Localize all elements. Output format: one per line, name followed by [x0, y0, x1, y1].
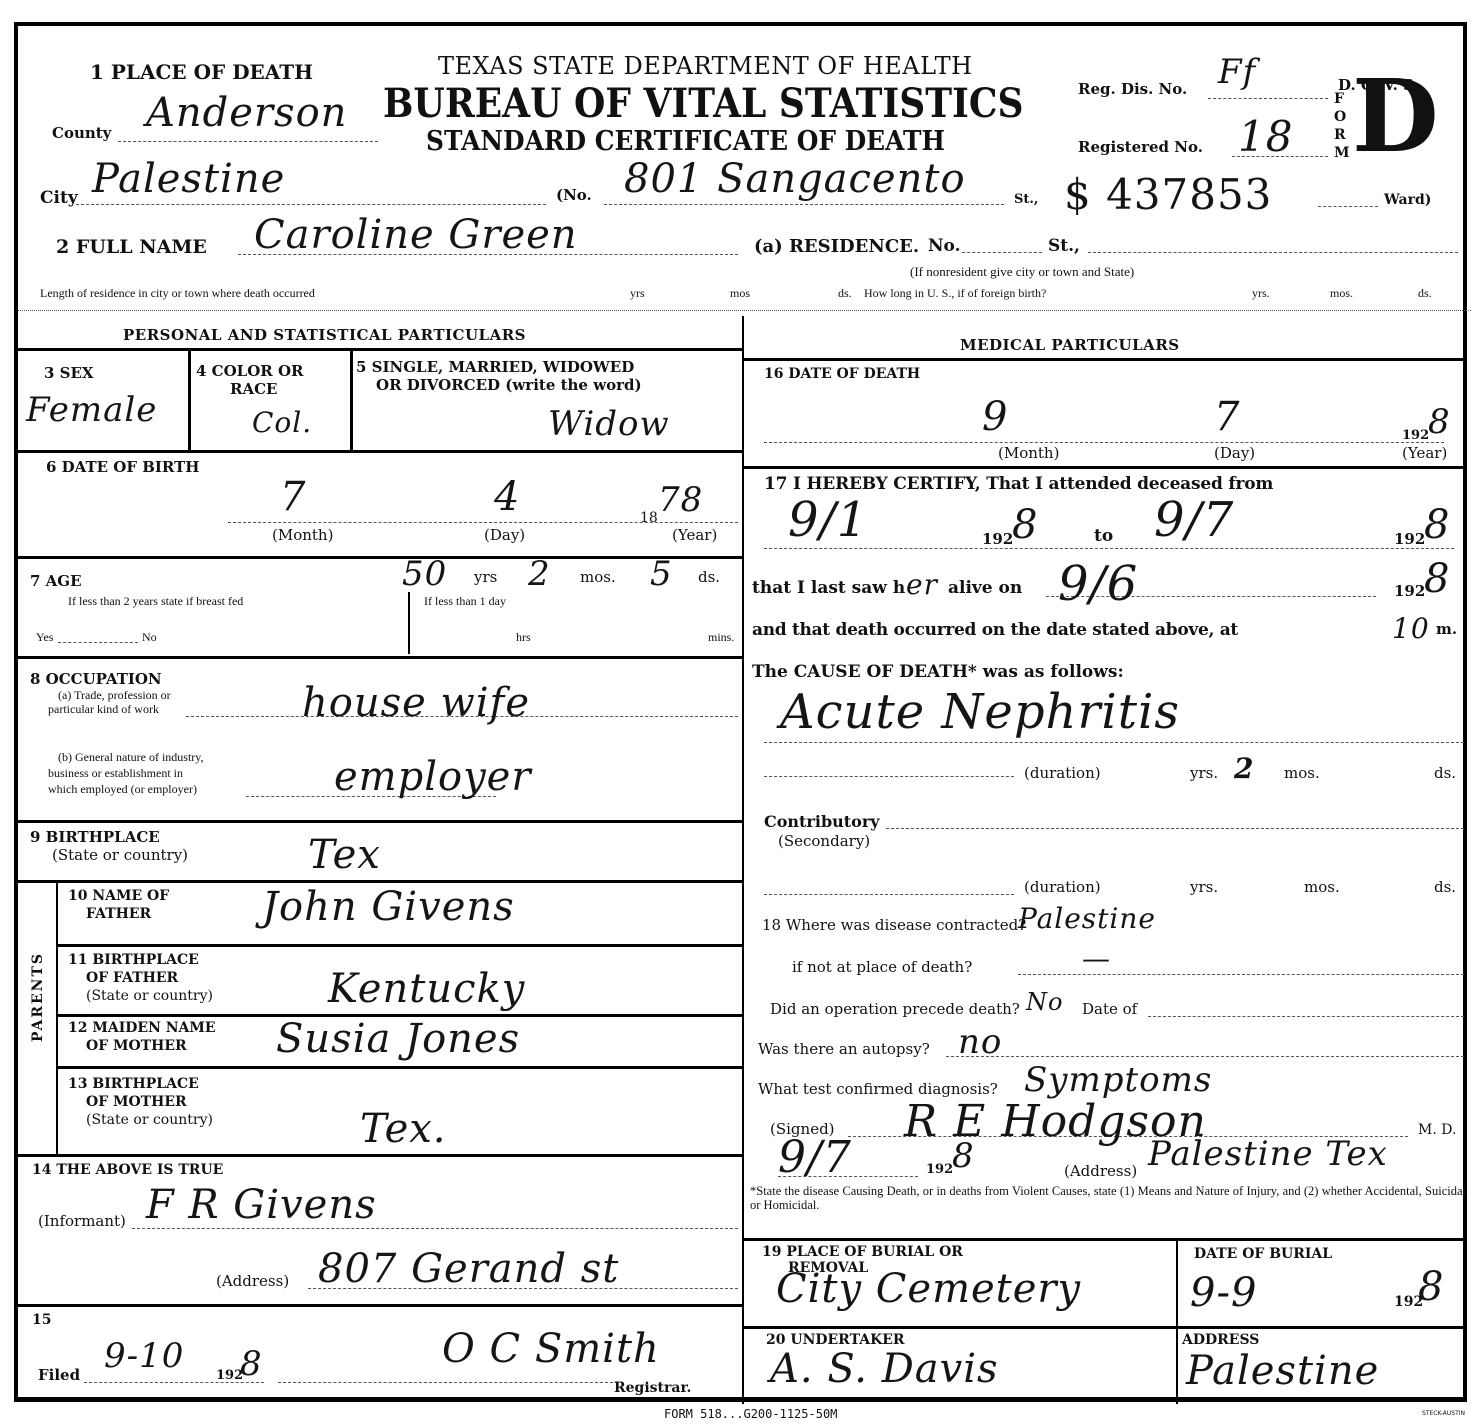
full-name-value: Caroline Green — [254, 212, 578, 258]
color-label: 4 COLOR OR — [196, 362, 304, 380]
md-label: M. D. — [1418, 1122, 1456, 1138]
age-yrs-label: yrs — [474, 568, 497, 586]
age-label: 7 AGE — [30, 572, 82, 590]
informant-address-value: 807 Gerand st — [318, 1246, 619, 1292]
dod-year-prefix: 192 — [1402, 428, 1429, 443]
marital-value: Widow — [548, 404, 670, 444]
occ-a-label-2: particular kind of work — [48, 702, 159, 717]
certificate-title: STANDARD CERTIFICATE OF DEATH — [426, 126, 945, 157]
physician-address-value: Palestine Tex — [1148, 1134, 1388, 1174]
birthplace-value: Tex — [308, 832, 381, 878]
dod-day-caption: (Day) — [1214, 444, 1255, 462]
duration2-mos-label: mos. — [1304, 878, 1340, 896]
residence-label: (a) RESIDENCE. — [754, 236, 919, 257]
informant-header: 14 THE ABOVE IS TRUE — [32, 1162, 223, 1178]
undertaker-value: A. S. Davis — [770, 1346, 999, 1392]
signed-year-suffix: 8 — [952, 1136, 975, 1176]
contracted-value: Palestine — [1018, 902, 1156, 935]
street-value: 801 Sangacento — [624, 156, 966, 202]
filed-year-suffix: 8 — [240, 1344, 263, 1384]
nonresident-note: (If nonresident give city or town and St… — [910, 264, 1134, 280]
father-birthplace-label-2: OF FATHER — [86, 970, 178, 986]
color-value: Col. — [252, 406, 312, 439]
mother-birthplace-label-2: OF MOTHER — [86, 1094, 187, 1110]
less-day-label: If less than 1 day — [424, 594, 506, 609]
autopsy-label: Was there an autopsy? — [758, 1040, 930, 1058]
residence-no-label: No. — [928, 236, 961, 256]
reg-dis-value: Ff — [1218, 52, 1256, 92]
mother-name-label-2: OF MOTHER — [86, 1038, 187, 1054]
occ-b-label: (b) General nature of industry, — [58, 750, 204, 765]
no-label: No — [142, 630, 157, 645]
race-label: RACE — [230, 380, 277, 398]
informant-address-label: (Address) — [216, 1272, 289, 1290]
marital-label-2: OR DIVORCED (write the word) — [376, 376, 642, 394]
sex-value: Female — [26, 390, 157, 430]
from-year-prefix: 192 — [982, 530, 1013, 548]
street-st-label: St., — [1014, 192, 1038, 207]
mother-birthplace-value: Tex. — [360, 1106, 447, 1152]
dob-year-prefix: 18 — [640, 510, 658, 526]
informant-label: (Informant) — [38, 1212, 126, 1230]
ward-value: $ 437853 — [1064, 170, 1272, 219]
hrs-label: hrs — [516, 630, 531, 645]
sex-label: 3 SEX — [44, 364, 94, 382]
operation-value: No — [1026, 988, 1063, 1016]
burial-year-suffix: 8 — [1418, 1264, 1444, 1310]
mins-label: mins. — [708, 630, 734, 645]
place-of-death-label: 1 PLACE OF DEATH — [90, 60, 313, 84]
mother-birthplace-label: 13 BIRTHPLACE — [68, 1076, 199, 1092]
occupation-a-value: house wife — [302, 680, 530, 726]
breast-fed-label: If less than 2 years state if breast fed — [68, 594, 243, 609]
contributory-label: Contributory — [764, 812, 880, 831]
dob-month: 7 — [280, 474, 306, 520]
burial-place-label: 19 PLACE OF BURIAL OR — [762, 1244, 963, 1260]
attended-from: 9/1 — [788, 492, 868, 548]
department-title: TEXAS STATE DEPARTMENT OF HEALTH — [438, 52, 973, 80]
foreign-birth-label: How long in U. S., if of foreign birth? — [864, 286, 1046, 301]
duration2-ds-label: ds. — [1434, 878, 1456, 896]
occupation-b-value: employer — [334, 754, 531, 800]
duration2-yrs-label: yrs. — [1190, 878, 1218, 896]
certify-label: 17 I HEREBY CERTIFY, That I attended dec… — [764, 474, 1273, 494]
last-saw-date: 9/6 — [1058, 556, 1138, 612]
mos-label: mos — [730, 286, 750, 301]
registrar-signature: O C Smith — [442, 1326, 660, 1372]
last-saw-label-2: alive on — [948, 578, 1022, 598]
form-vertical-label: FORM — [1334, 90, 1348, 162]
age-ds-label: ds. — [698, 568, 720, 586]
occ-b-label-3: which employed (or employer) — [48, 782, 197, 797]
registrar-label: Registrar. — [614, 1380, 691, 1396]
autopsy-value: no — [958, 1022, 1002, 1062]
filed-label: Filed — [38, 1366, 80, 1384]
mos2-label: mos. — [1330, 286, 1353, 301]
birthplace-label: 9 BIRTHPLACE — [30, 828, 160, 846]
contracted-label: 18 Where was disease contracted? — [762, 916, 1026, 934]
undertaker-address-value: Palestine — [1186, 1348, 1379, 1394]
burial-date-label: DATE OF BURIAL — [1194, 1246, 1332, 1262]
duration-label: (duration) — [1024, 764, 1101, 782]
personal-section-title: PERSONAL AND STATISTICAL PARTICULARS — [123, 326, 526, 344]
to-year-prefix: 192 — [1394, 530, 1425, 548]
birthplace-sublabel: (State or country) — [52, 846, 188, 864]
dob-day: 4 — [494, 474, 520, 520]
duration-ds-label: ds. — [1434, 764, 1456, 782]
duration2-label: (duration) — [1024, 878, 1101, 896]
from-year-suffix: 8 — [1012, 502, 1038, 548]
father-birthplace-label-3: (State or country) — [86, 988, 213, 1004]
mother-birthplace-label-3: (State or country) — [86, 1112, 213, 1128]
dob-year-caption: (Year) — [672, 526, 717, 544]
dod-year-suffix: 8 — [1428, 402, 1451, 442]
burial-date-value: 9-9 — [1190, 1270, 1257, 1316]
burial-place-value: City Cemetery — [776, 1266, 1081, 1312]
secondary-label: (Secondary) — [778, 832, 870, 850]
to-year-suffix: 8 — [1424, 502, 1450, 548]
last-saw-year-suffix: 8 — [1424, 556, 1450, 602]
to-label: to — [1094, 526, 1113, 546]
form-letter-d: D — [1352, 66, 1439, 166]
street-no-label: (No. — [556, 186, 592, 204]
filed-date: 9-10 — [104, 1336, 184, 1376]
death-time-label: and that death occurred on the date stat… — [752, 620, 1238, 640]
not-place-value: — — [1082, 942, 1111, 975]
filed-number: 15 — [32, 1312, 51, 1328]
age-mos-label: mos. — [580, 568, 616, 586]
marital-label: 5 SINGLE, MARRIED, WIDOWED — [356, 358, 634, 376]
informant-value: F R Givens — [146, 1182, 377, 1228]
yrs2-label: yrs. — [1252, 286, 1270, 301]
residence-st-label: St., — [1048, 236, 1080, 256]
operation-label: Did an operation precede death? — [770, 1000, 1020, 1018]
dod-day: 7 — [1214, 394, 1240, 440]
occ-b-label-2: business or establishment in — [48, 766, 183, 781]
mother-name-label: 12 MAIDEN NAME — [68, 1020, 216, 1036]
yes-label: Yes — [36, 630, 53, 645]
dob-year-suffix: 78 — [658, 480, 703, 520]
last-saw-pronoun: er — [906, 568, 938, 601]
death-time-value: 10 — [1392, 612, 1430, 645]
father-birthplace-label: 11 BIRTHPLACE — [68, 952, 199, 968]
duration-yrs-label: yrs. — [1190, 764, 1218, 782]
age-months: 2 — [528, 554, 551, 594]
duration-mos-label: mos. — [1284, 764, 1320, 782]
dod-label: 16 DATE OF DEATH — [764, 366, 920, 382]
registered-no-label: Registered No. — [1078, 138, 1203, 156]
test-value: Symptoms — [1024, 1060, 1212, 1100]
father-name-value: John Givens — [262, 884, 515, 930]
occ-a-label: (a) Trade, profession or — [58, 688, 171, 703]
dob-label: 6 DATE OF BIRTH — [46, 458, 199, 476]
ds2-label: ds. — [1418, 286, 1432, 301]
father-birthplace-value: Kentucky — [328, 966, 525, 1012]
death-certificate: 1 PLACE OF DEATH TEXAS STATE DEPARTMENT … — [14, 22, 1467, 1402]
county-value: Anderson — [146, 90, 347, 136]
dob-day-caption: (Day) — [484, 526, 525, 544]
ds-label: ds. — [838, 286, 852, 301]
last-saw-label: that I last saw h — [752, 578, 905, 598]
parents-vertical-label: PARENTS — [30, 1006, 46, 1042]
signed-year-prefix: 192 — [926, 1162, 953, 1177]
age-days: 5 — [650, 554, 673, 594]
age-years: 50 — [402, 554, 447, 594]
form-code: FORM 518...G200-1125-50M — [664, 1407, 837, 1421]
father-name-label: 10 NAME OF — [68, 888, 169, 904]
printer-mark: STECK-AUSTIN — [1422, 1410, 1465, 1417]
dod-month: 9 — [982, 394, 1008, 440]
length-residence-label: Length of residence in city or town wher… — [40, 286, 315, 301]
full-name-label: 2 FULL NAME — [56, 236, 207, 258]
city-label: City — [40, 188, 78, 208]
attended-to: 9/7 — [1154, 492, 1234, 548]
operation-date-label: Date of — [1082, 1000, 1137, 1018]
city-value: Palestine — [92, 156, 285, 202]
cause-label: The CAUSE OF DEATH* was as follows: — [752, 662, 1124, 682]
dod-year-caption: (Year) — [1402, 444, 1447, 462]
registered-no-value: 18 — [1238, 112, 1293, 161]
physician-address-label: (Address) — [1064, 1162, 1137, 1180]
cause-footnote: *State the disease Causing Death, or in … — [750, 1184, 1466, 1212]
medical-section-title: MEDICAL PARTICULARS — [960, 336, 1180, 354]
dod-month-caption: (Month) — [998, 444, 1059, 462]
undertaker-address-label: ADDRESS — [1182, 1332, 1259, 1348]
not-place-label: if not at place of death? — [792, 958, 972, 976]
father-name-label-2: FATHER — [86, 906, 151, 922]
ward-label: Ward) — [1384, 192, 1431, 208]
dob-month-caption: (Month) — [272, 526, 333, 544]
duration-months: 2 — [1234, 752, 1254, 785]
county-label: County — [52, 124, 111, 142]
mother-name-value: Susia Jones — [276, 1016, 520, 1062]
occupation-label: 8 OCCUPATION — [30, 670, 162, 688]
death-time-suffix: m. — [1436, 620, 1457, 638]
cause-value: Acute Nephritis — [780, 684, 1180, 740]
reg-dis-label: Reg. Dis. No. — [1078, 80, 1187, 98]
yrs-label: yrs — [630, 286, 645, 301]
last-saw-year-prefix: 192 — [1394, 582, 1425, 600]
bureau-title: BUREAU OF VITAL STATISTICS — [383, 80, 1024, 127]
